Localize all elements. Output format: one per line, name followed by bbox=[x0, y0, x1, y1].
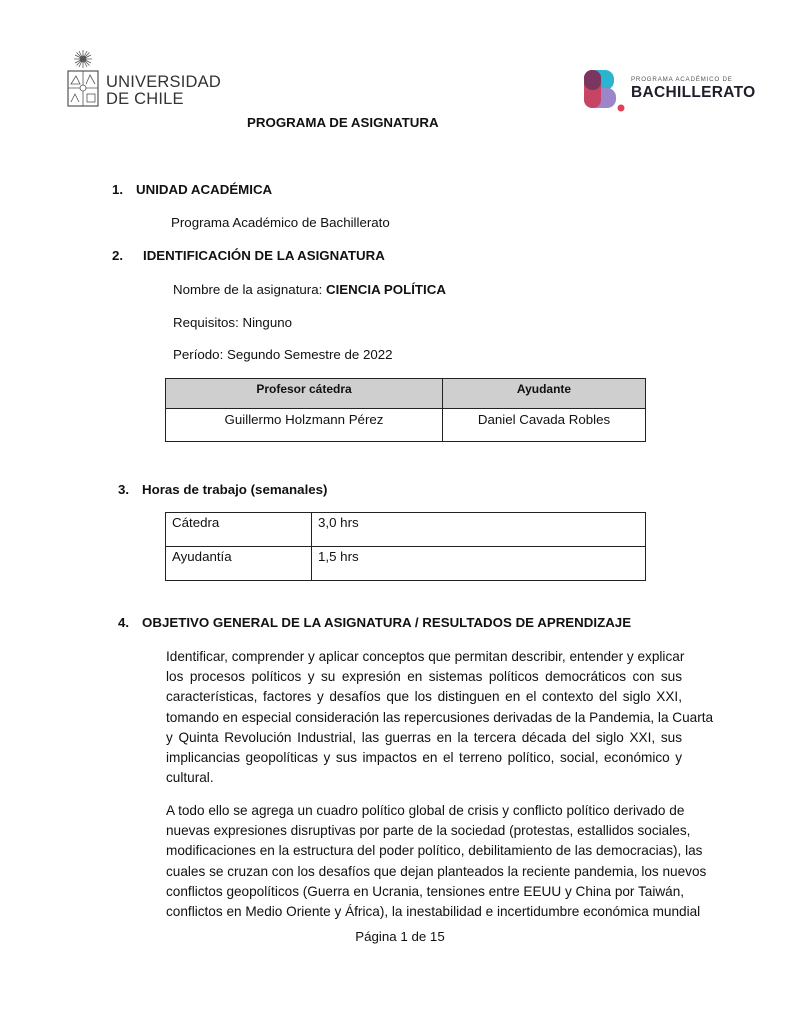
hours-value: 1,5 hrs bbox=[312, 547, 646, 581]
universidad-de-chile-logo: UNIVERSIDAD DE CHILE bbox=[66, 50, 206, 108]
section-4-heading: 4.OBJETIVO GENERAL DE LA ASIGNATURA / RE… bbox=[118, 615, 631, 632]
table-header-row: Profesor cátedra Ayudante bbox=[166, 379, 646, 409]
paragraph-line: y Quinta Revolución Industrial, las guer… bbox=[166, 728, 682, 748]
table-row: Cátedra 3,0 hrs bbox=[166, 513, 646, 547]
section-number: 4. bbox=[118, 615, 142, 632]
paragraph-line: conflictos en Medio Oriente y África), l… bbox=[166, 902, 682, 922]
paragraph-line: A todo ello se agrega un cuadro político… bbox=[166, 801, 682, 821]
requirements-field: Requisitos: Ninguno bbox=[173, 315, 292, 332]
hours-type: Cátedra bbox=[166, 513, 312, 547]
assistant-name: Daniel Cavada Robles bbox=[443, 409, 646, 442]
section-title: Horas de trabajo (semanales) bbox=[142, 482, 328, 497]
section-title: OBJETIVO GENERAL DE LA ASIGNATURA / RESU… bbox=[142, 615, 631, 630]
section-title: UNIDAD ACADÉMICA bbox=[136, 182, 272, 197]
paragraph-line: modificaciones en la estructura del pode… bbox=[166, 841, 682, 861]
paragraph-line: nuevas expresiones disruptivas por parte… bbox=[166, 821, 682, 841]
university-name-line-2: DE CHILE bbox=[106, 91, 221, 108]
field-label: Período: bbox=[173, 347, 227, 362]
paragraph-line: los procesos políticos y su expresión en… bbox=[166, 667, 682, 687]
professor-name: Guillermo Holzmann Pérez bbox=[166, 409, 443, 442]
hours-value: 3,0 hrs bbox=[312, 513, 646, 547]
bachillerato-logo: PROGRAMA ACADÉMICO DE BACHILLERATO bbox=[584, 70, 764, 112]
section-number: 1. bbox=[112, 182, 136, 199]
academic-unit-text: Programa Académico de Bachillerato bbox=[171, 215, 390, 232]
table-row: Guillermo Holzmann Pérez Daniel Cavada R… bbox=[166, 409, 646, 442]
course-name-field: Nombre de la asignatura: CIENCIA POLÍTIC… bbox=[173, 282, 446, 299]
paragraph-line: implicancias geopolíticas y sus impactos… bbox=[166, 748, 682, 768]
bachillerato-b-mark-icon bbox=[584, 70, 626, 112]
paragraph-line: cultural. bbox=[166, 768, 682, 788]
paragraph-line: conflictos geopolíticos (Guerra en Ucran… bbox=[166, 882, 682, 902]
section-title: IDENTIFICACIÓN DE LA ASIGNATURA bbox=[143, 248, 385, 263]
objective-paragraph-1: Identificar, comprender y aplicar concep… bbox=[166, 647, 682, 788]
university-name: UNIVERSIDAD DE CHILE bbox=[106, 74, 221, 108]
section-3-heading: 3.Horas de trabajo (semanales) bbox=[118, 482, 328, 499]
period-value: Segundo Semestre de 2022 bbox=[227, 347, 393, 362]
page-number: Página 1 de 15 bbox=[0, 929, 800, 944]
header-assistant: Ayudante bbox=[443, 379, 646, 409]
bachillerato-logo-subtitle: PROGRAMA ACADÉMICO DE bbox=[631, 76, 733, 83]
hours-type: Ayudantía bbox=[166, 547, 312, 581]
course-name-value: CIENCIA POLÍTICA bbox=[326, 282, 446, 297]
period-field: Período: Segundo Semestre de 2022 bbox=[173, 347, 393, 364]
field-label: Requisitos: bbox=[173, 315, 242, 330]
paragraph-line: cuales se cruzan con los desafíos que de… bbox=[166, 862, 682, 882]
section-number: 2. bbox=[112, 248, 143, 265]
table-row: Ayudantía 1,5 hrs bbox=[166, 547, 646, 581]
section-1-heading: 1.UNIDAD ACADÉMICA bbox=[112, 182, 272, 199]
university-name-line-1: UNIVERSIDAD bbox=[106, 74, 221, 91]
university-crest-icon bbox=[66, 50, 100, 108]
objective-paragraph-2: A todo ello se agrega un cuadro político… bbox=[166, 801, 682, 922]
paragraph-line: tomando en especial consideración las re… bbox=[166, 708, 682, 728]
section-2-heading: 2.IDENTIFICACIÓN DE LA ASIGNATURA bbox=[112, 248, 385, 265]
requirements-value: Ninguno bbox=[242, 315, 292, 330]
header-professor: Profesor cátedra bbox=[166, 379, 443, 409]
hours-table: Cátedra 3,0 hrs Ayudantía 1,5 hrs bbox=[165, 512, 646, 581]
paragraph-line: Identificar, comprender y aplicar concep… bbox=[166, 647, 682, 667]
staff-table: Profesor cátedra Ayudante Guillermo Holz… bbox=[165, 378, 646, 442]
bachillerato-logo-title: BACHILLERATO bbox=[631, 84, 755, 102]
paragraph-line: características, factores y desafíos que… bbox=[166, 687, 682, 707]
field-label: Nombre de la asignatura: bbox=[173, 282, 326, 297]
document-title: PROGRAMA DE ASIGNATURA bbox=[0, 115, 800, 132]
section-number: 3. bbox=[118, 482, 142, 499]
